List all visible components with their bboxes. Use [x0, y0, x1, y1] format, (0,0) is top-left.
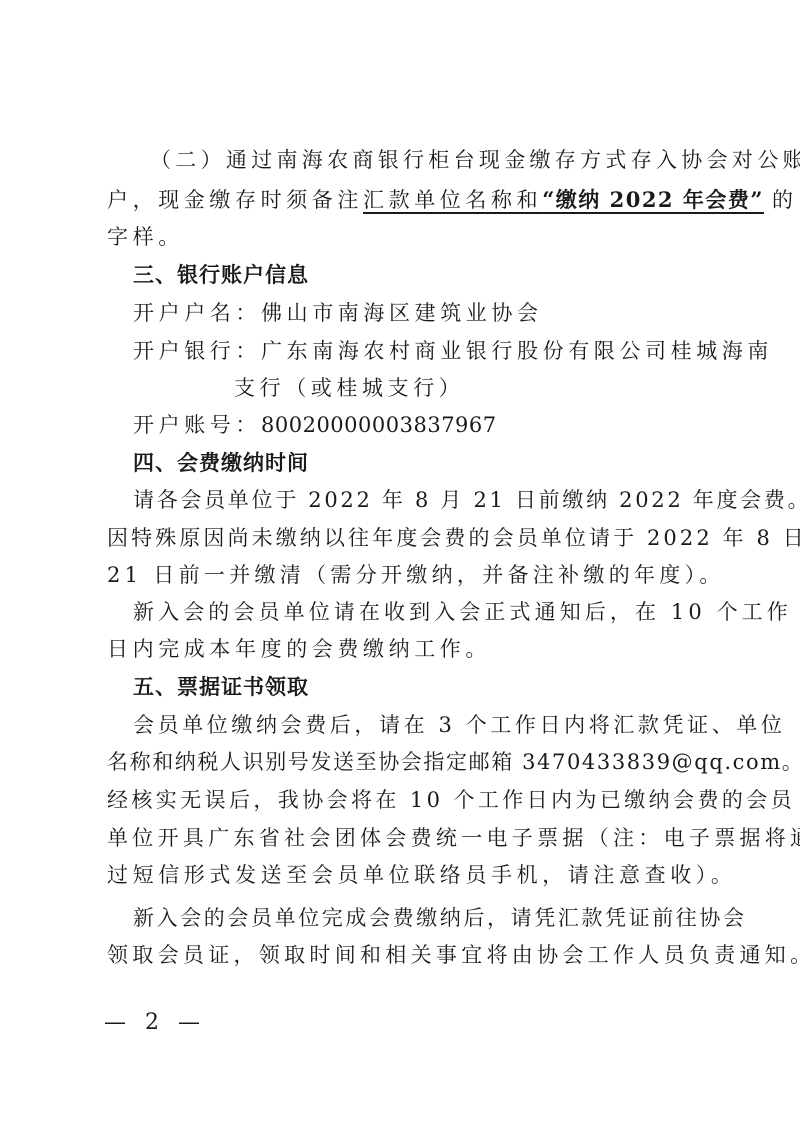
paragraph-line: 领取会员证，领取时间和相关事宜将由协会工作人员负责通知。 — [107, 937, 707, 974]
paragraph-line: 字样。 — [107, 219, 707, 256]
paragraph-line: 名称和纳税人识别号发送至协会指定邮箱 3470433839@qq.com。 — [107, 744, 707, 781]
text: 户，现金缴存时须备注 — [107, 188, 363, 212]
text: 的 — [772, 188, 798, 212]
paragraph-line: 会员单位缴纳会费后，请在 3 个工作日内将汇款凭证、单位 — [133, 707, 733, 744]
value: 广东南海农村商业银行股份有限公司桂城海南 — [261, 339, 773, 363]
paragraph-line: 经核实无误后，我协会将在 10 个工作日内为已缴纳会费的会员 — [107, 782, 707, 819]
account-name-row: 开户户名：佛山市南海区建筑业协会 — [133, 295, 733, 332]
page-number: — 2 — — [104, 1010, 206, 1035]
paragraph-line: 日内完成本年度的会费缴纳工作。 — [107, 631, 707, 668]
label: 开户账号： — [133, 413, 261, 437]
section-heading: 三、银行账户信息 — [133, 257, 733, 294]
account-number-row: 开户账号：80020000003837967 — [133, 407, 733, 444]
paragraph-line: 因特殊原因尚未缴纳以往年度会费的会员单位请于 2022 年 8 日 — [107, 520, 707, 557]
bank-row: 开户银行：广东南海农村商业银行股份有限公司桂城海南 — [133, 333, 733, 370]
bank-row-continued: 支行（或桂城支行） — [234, 370, 800, 407]
paragraph-line: 21 日前一并缴清（需分开缴纳，并备注补缴的年度）。 — [107, 557, 707, 594]
document-page: （二）通过南海农商银行柜台现金缴存方式存入协会对公账 户，现金缴存时须备注汇款单… — [0, 0, 800, 1132]
underlined-remark: 汇款单位名称和“缴纳 2022 年会费” — [363, 188, 764, 212]
section-heading: 四、会费缴纳时间 — [133, 445, 733, 482]
value: 佛山市南海区建筑业协会 — [261, 301, 543, 325]
paragraph-line: 过短信形式发送至会员单位联络员手机，请注意查收）。 — [107, 857, 707, 894]
value: 80020000003837967 — [261, 413, 497, 437]
remark-text: 汇款单位名称和 — [363, 188, 542, 212]
remark-bold-text: “缴纳 2022 年会费” — [542, 187, 764, 212]
paragraph-line: 新入会的会员单位完成会费缴纳后，请凭汇款凭证前往协会 — [133, 900, 733, 937]
section-heading: 五、票据证书领取 — [133, 669, 733, 706]
paragraph-line: 新入会的会员单位请在收到入会正式通知后，在 10 个工作 — [133, 594, 733, 631]
paragraph-line: 户，现金缴存时须备注汇款单位名称和“缴纳 2022 年会费”的 — [107, 181, 707, 218]
paragraph-line: 单位开具广东省社会团体会费统一电子票据（注：电子票据将通 — [107, 820, 707, 857]
label: 开户户名： — [133, 301, 261, 325]
paragraph-line: 请各会员单位于 2022 年 8 月 21 日前缴纳 2022 年度会费。 — [133, 482, 733, 519]
label: 开户银行： — [133, 339, 261, 363]
paragraph-line: （二）通过南海农商银行柜台现金缴存方式存入协会对公账 — [150, 142, 750, 179]
